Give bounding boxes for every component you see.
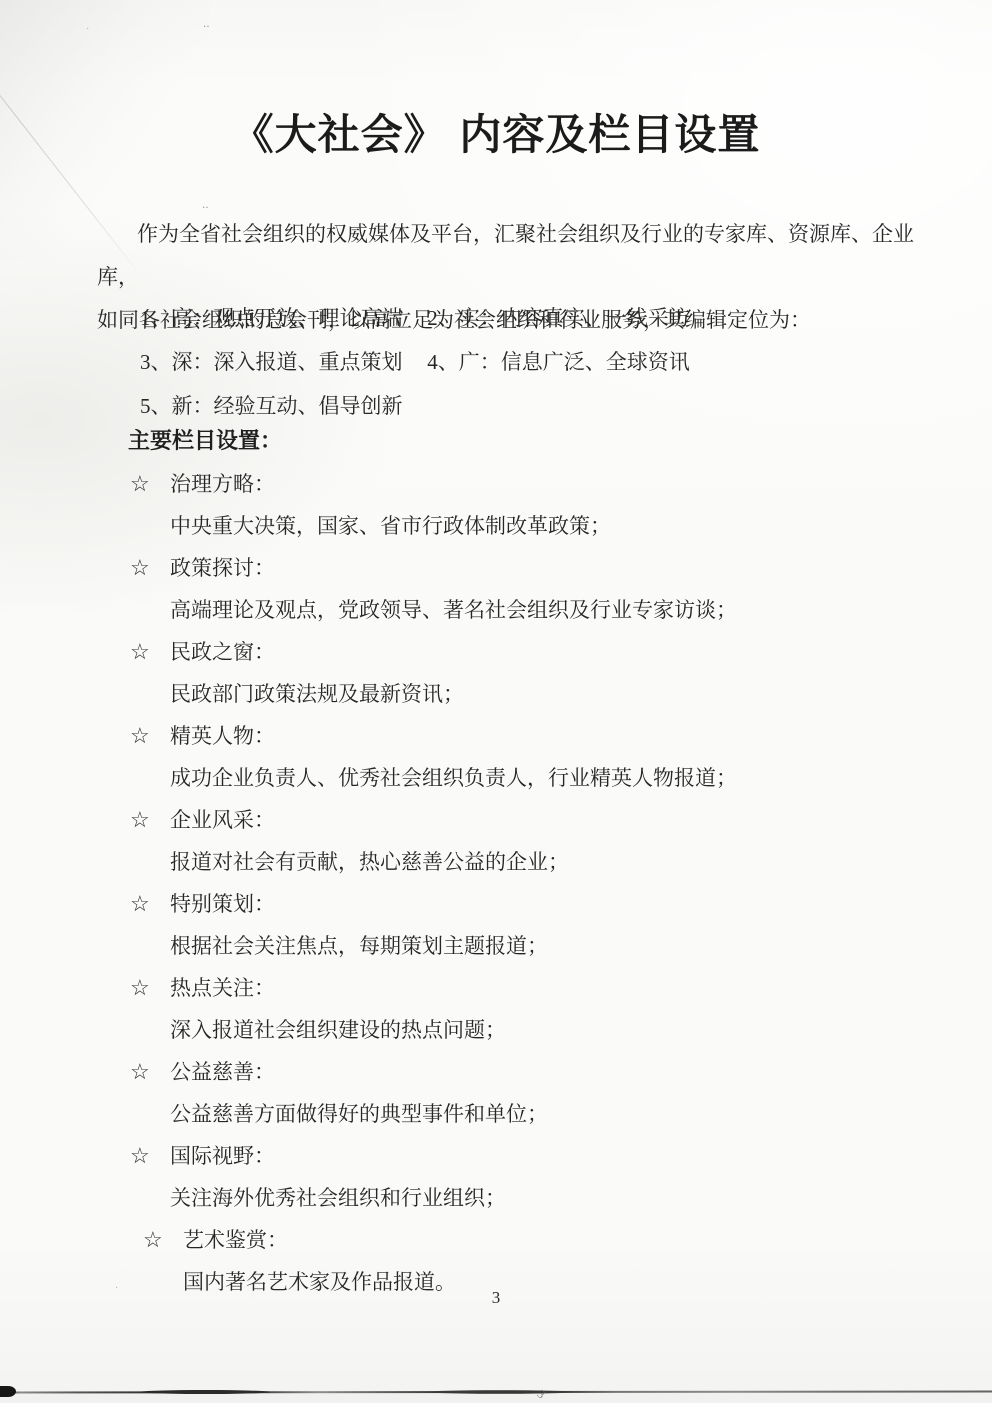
column-desc: 深入报道社会组织建设的热点问题；	[130, 1009, 930, 1051]
column-title: 公益慈善：	[170, 1060, 275, 1084]
positioning-item-5: 5、新：经验互动、倡导创新	[140, 384, 422, 428]
column-title-row: ☆政策探讨：	[130, 547, 930, 589]
column-desc: 中央重大决策，国家、省市行政体制改革政策；	[130, 505, 930, 547]
column-section-civil-affairs: ☆民政之窗： 民政部门政策法规及最新资讯；	[130, 631, 930, 715]
star-icon: ☆	[130, 1051, 170, 1093]
column-title-row: ☆艺术鉴赏：	[143, 1219, 930, 1261]
scanned-document-page: ‥ · ‥ · 《大社会》 内容及栏目设置 作为全省社会组织的权威媒体及平台，汇…	[0, 0, 992, 1403]
scan-speck: ·	[86, 27, 89, 33]
star-icon: ☆	[130, 1135, 170, 1177]
column-desc: 报道对社会有贡献，热心慈善公益的企业；	[130, 841, 930, 883]
column-section-hot-topics: ☆热点关注： 深入报道社会组织建设的热点问题；	[130, 967, 930, 1051]
column-title-row: ☆民政之窗：	[130, 631, 930, 673]
column-desc: 公益慈善方面做得好的典型事件和单位；	[130, 1093, 930, 1135]
column-list: ☆治理方略： 中央重大决策，国家、省市行政体制改革政策； ☆政策探讨： 高端理论…	[130, 463, 930, 1303]
scan-speck: ‥	[203, 22, 210, 28]
columns-heading: 主要栏目设置：	[128, 426, 282, 456]
scan-bottom-edge-smudge	[140, 1390, 270, 1394]
positioning-row: 3、深：深入报道、重点策划 4、广：信息广泛、全球资讯	[140, 340, 690, 384]
positioning-row: 1、高：观点开放、理论高端 2、实：内容真实、一线采访	[140, 296, 690, 340]
page-number: 3	[0, 1288, 992, 1308]
star-icon: ☆	[130, 715, 170, 757]
scan-bottom-strip	[0, 1393, 992, 1403]
scan-speck: ‥	[202, 203, 209, 209]
positioning-item-4: 4、广：信息广泛、全球资讯	[427, 350, 690, 374]
star-icon: ☆	[130, 967, 170, 1009]
column-section-enterprise: ☆企业风采： 报道对社会有贡献，热心慈善公益的企业；	[130, 799, 930, 883]
star-icon: ☆	[130, 463, 170, 505]
column-desc: 成功企业负责人、优秀社会组织负责人，行业精英人物报道；	[130, 757, 930, 799]
page-title: 《大社会》 内容及栏目设置	[0, 108, 992, 162]
column-section-international: ☆国际视野： 关注海外优秀社会组织和行业组织；	[130, 1135, 930, 1219]
column-title: 精英人物：	[170, 724, 275, 748]
column-title-row: ☆热点关注：	[130, 967, 930, 1009]
column-section-elites: ☆精英人物： 成功企业负责人、优秀社会组织负责人，行业精英人物报道；	[130, 715, 930, 799]
column-desc: 关注海外优秀社会组织和行业组织；	[130, 1177, 930, 1219]
column-title: 热点关注：	[170, 976, 275, 1000]
positioning-row: 5、新：经验互动、倡导创新	[140, 384, 690, 428]
column-title: 政策探讨：	[170, 556, 275, 580]
column-title: 民政之窗：	[170, 640, 275, 664]
column-title: 国际视野：	[170, 1144, 275, 1168]
positioning-item-1: 1、高：观点开放、理论高端	[140, 296, 422, 340]
intro-line-1: 作为全省社会组织的权威媒体及平台，汇聚社会组织及行业的专家库、资源库、企业库，	[97, 213, 923, 299]
column-title: 治理方略：	[170, 472, 275, 496]
column-section-policy: ☆政策探讨： 高端理论及观点，党政领导、著名社会组织及行业专家访谈；	[130, 547, 930, 631]
star-icon: ☆	[130, 547, 170, 589]
column-desc: 高端理论及观点，党政领导、著名社会组织及行业专家访谈；	[130, 589, 930, 631]
positioning-item-2: 2、实：内容真实、一线采访	[427, 306, 690, 330]
column-desc: 根据社会关注焦点，每期策划主题报道；	[130, 925, 930, 967]
star-icon: ☆	[130, 631, 170, 673]
column-title-row: ☆特别策划：	[130, 883, 930, 925]
column-title-row: ☆国际视野：	[130, 1135, 930, 1177]
column-title: 特别策划：	[170, 892, 275, 916]
column-section-special-plan: ☆特别策划： 根据社会关注焦点，每期策划主题报道；	[130, 883, 930, 967]
star-icon: ☆	[143, 1219, 183, 1261]
column-title: 艺术鉴赏：	[183, 1228, 288, 1252]
column-section-governance: ☆治理方略： 中央重大决策，国家、省市行政体制改革政策；	[130, 463, 930, 547]
star-icon: ☆	[130, 799, 170, 841]
column-title-row: ☆治理方略：	[130, 463, 930, 505]
scan-corner-blob	[0, 1386, 16, 1397]
column-title: 企业风采：	[170, 808, 275, 832]
scan-bottom-edge-smudge	[430, 1390, 570, 1394]
column-title-row: ☆企业风采：	[130, 799, 930, 841]
column-desc: 民政部门政策法规及最新资讯；	[130, 673, 930, 715]
star-icon: ☆	[130, 883, 170, 925]
column-section-charity: ☆公益慈善： 公益慈善方面做得好的典型事件和单位；	[130, 1051, 930, 1135]
column-title-row: ☆精英人物：	[130, 715, 930, 757]
positioning-item-3: 3、深：深入报道、重点策划	[140, 340, 422, 384]
positioning-list: 1、高：观点开放、理论高端 2、实：内容真实、一线采访 3、深：深入报道、重点策…	[140, 296, 690, 428]
column-title-row: ☆公益慈善：	[130, 1051, 930, 1093]
